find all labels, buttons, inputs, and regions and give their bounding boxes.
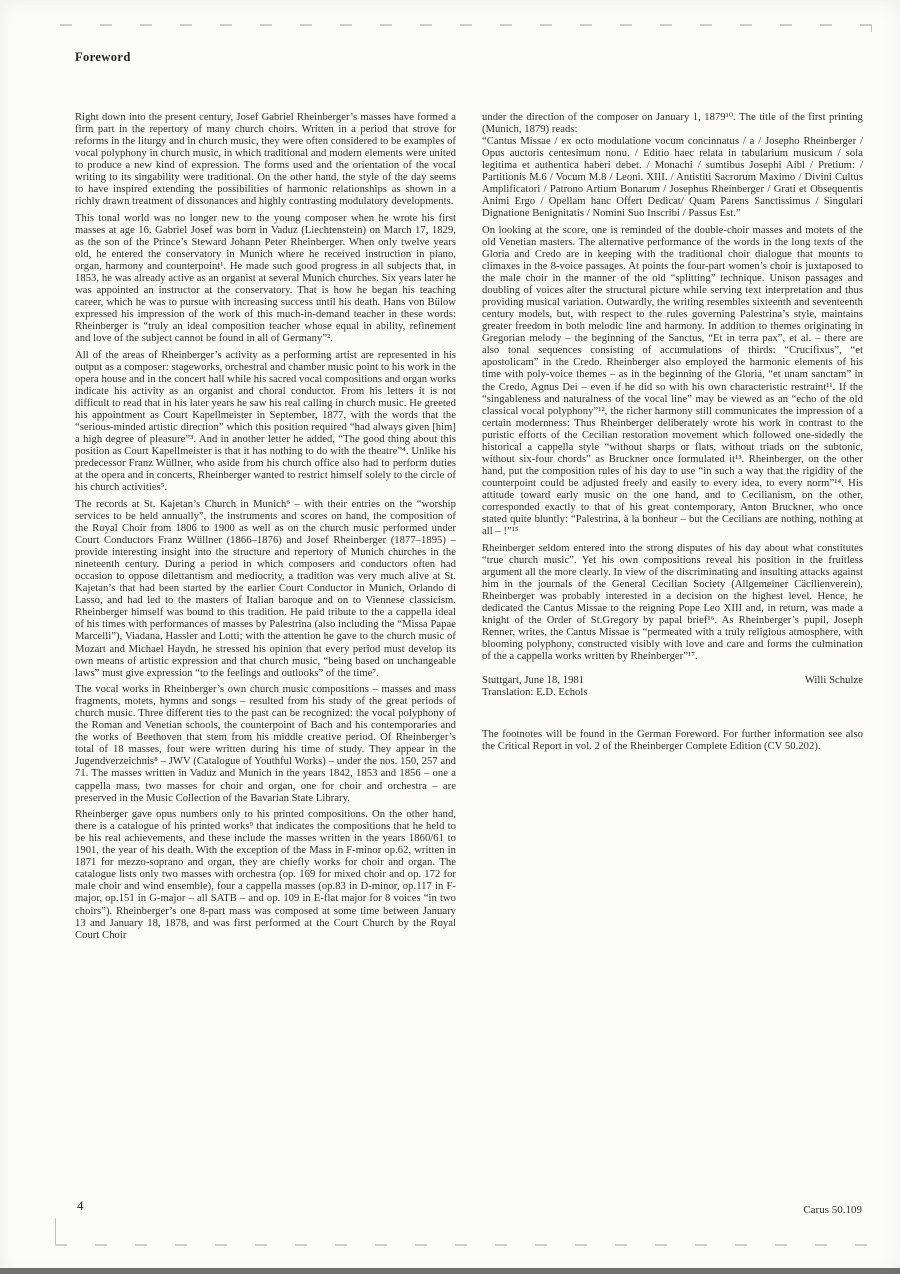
- paragraph: This tonal world was no longer new to th…: [75, 213, 456, 346]
- paragraph: All of the areas of Rheinberger’s activi…: [75, 350, 456, 495]
- crop-mark-bottom: [55, 1244, 878, 1246]
- scanned-foreword-page: Foreword Right down into the present cen…: [0, 0, 900, 1274]
- crop-mark-top: [60, 24, 872, 26]
- page-number: 4: [77, 1198, 84, 1214]
- paragraph: Rheinberger seldom entered into the stro…: [482, 543, 863, 663]
- catalog-number: Carus 50.109: [803, 1204, 862, 1216]
- right-text-column: under the direction of the composer on J…: [482, 112, 863, 753]
- paragraph: The vocal works in Rheinberger’s own chu…: [75, 684, 456, 804]
- left-column-paragraphs: Right down into the present century, Jos…: [75, 112, 456, 942]
- crop-tick-left: [55, 1218, 56, 1244]
- left-text-column: Right down into the present century, Jos…: [75, 112, 456, 946]
- paragraph: under the direction of the composer on J…: [482, 112, 863, 136]
- signature-author: Willi Schulze: [805, 675, 863, 687]
- signature-place-date: Stuttgart, June 18, 1981: [482, 675, 584, 687]
- paragraph: On looking at the score, one is reminded…: [482, 225, 863, 538]
- scan-edge-strip: [0, 1268, 900, 1274]
- page-title: Foreword: [75, 50, 131, 65]
- paragraph: Rheinberger gave opus numbers only to hi…: [75, 809, 456, 942]
- right-column-paragraphs: under the direction of the composer on J…: [482, 112, 863, 663]
- signature-row: Stuttgart, June 18, 1981 Willi Schulze: [482, 675, 863, 687]
- paragraph: The records at St. Kajetan’s Church in M…: [75, 499, 456, 680]
- signature-translation: Translation: E.D. Echols: [482, 687, 863, 699]
- paragraph: “Cantus Missae / ex octo modulatione voc…: [482, 136, 863, 220]
- footnote-reference-note: The footnotes will be found in the Germa…: [482, 729, 863, 753]
- paragraph: Right down into the present century, Jos…: [75, 112, 456, 208]
